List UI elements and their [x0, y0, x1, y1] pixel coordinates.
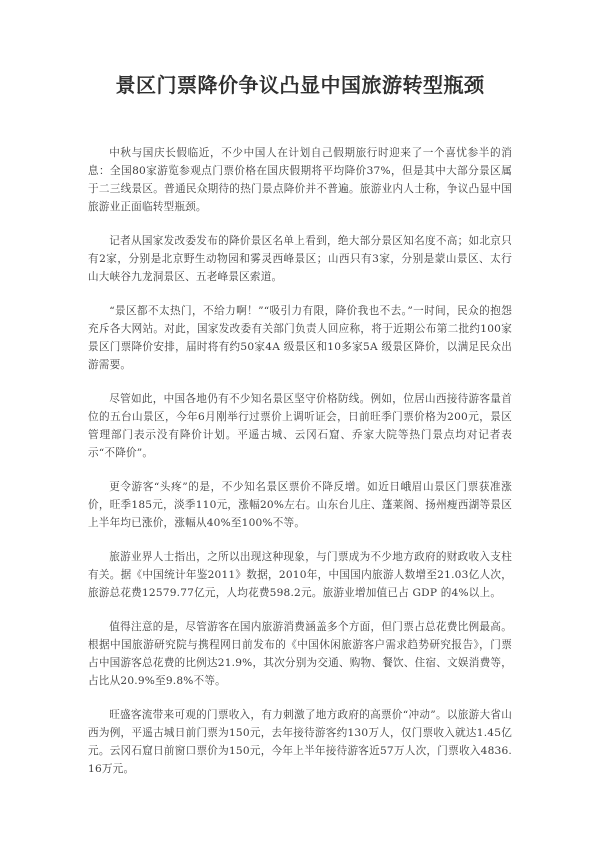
- article-paragraph: 旺盛客流带来可观的门票收入，有力刺激了地方政府的高票价“冲动”。以旅游大省山西为…: [88, 706, 512, 778]
- article-title: 景区门票降价争议凸显中国旅游转型瓶颈: [88, 74, 512, 98]
- article-paragraph: 值得注意的是，尽管游客在国内旅游消费涵盖多个方面，但门票占总花费比例最高。根据中…: [88, 618, 512, 690]
- article-paragraph: 中秋与国庆长假临近，不少中国人在计划自己假期旅行时迎来了一个喜忧参半的消息：全国…: [88, 144, 512, 216]
- article-paragraph: “景区都不太热门，不给力啊！”“吸引力有限，降价我也不去。”一时间，民众的抱怨充…: [88, 302, 512, 374]
- article-paragraph: 尽管如此，中国各地仍有不少知名景区坚守价格防线。例如，位居山西接待游客量首位的五…: [88, 390, 512, 462]
- article-paragraph: 记者从国家发改委发布的降价景区名单上看到，绝大部分景区知名度不高；如北京只有2家…: [88, 232, 512, 286]
- article-paragraph: 更令游客“头疼”的是，不少知名景区票价不降反增。如近日峨眉山景区门票获准涨价，旺…: [88, 478, 512, 532]
- document-page: 景区门票降价争议凸显中国旅游转型瓶颈 中秋与国庆长假临近，不少中国人在计划自己假…: [0, 0, 595, 842]
- article-paragraph: 旅游业界人士指出，之所以出现这种现象，与门票成为不少地方政府的财政收入支柱有关。…: [88, 548, 512, 602]
- article-body: 中秋与国庆长假临近，不少中国人在计划自己假期旅行时迎来了一个喜忧参半的消息：全国…: [88, 144, 512, 778]
